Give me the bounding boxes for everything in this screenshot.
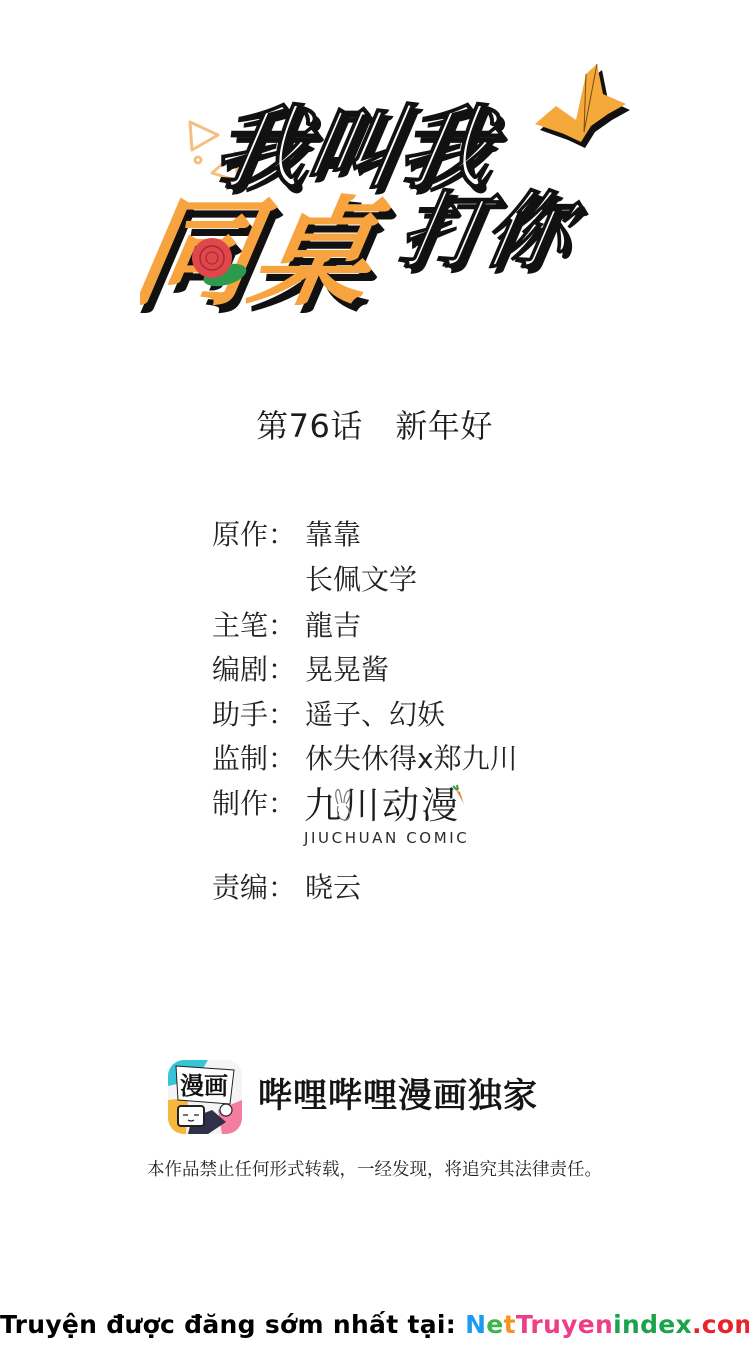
credit-row-production: 制作： (212, 782, 305, 822)
credit-value: 龍吉 (305, 604, 361, 644)
bilibili-comics-app-icon: 漫画 (168, 1060, 242, 1134)
credit-row-editor: 责编： 晓云 (212, 866, 361, 906)
credit-row-original-publisher: 长佩文学 (212, 558, 417, 598)
paper-crane-icon (535, 64, 630, 148)
credit-row-supervisor: 监制： 休失休得x郑九川 (212, 737, 518, 777)
credit-label: 主笔： (212, 604, 305, 644)
credit-value: 晓云 (305, 866, 361, 906)
credit-label: 监制： (212, 737, 305, 777)
carrot-icon (450, 784, 468, 808)
site-watermark: Truyện được đăng sớm nhất tại: NetTruyen… (0, 1308, 749, 1342)
credit-label: 助手： (212, 693, 305, 733)
watermark-prefix: Truyện được đăng sớm nhất tại: (0, 1310, 465, 1339)
studio-name-cn: 九川动漫 (304, 784, 460, 828)
watermark-site-link[interactable]: NetTruyenindex.com (465, 1310, 749, 1339)
logo-line2-orange: 同桌 (140, 186, 395, 323)
credit-row-scriptwriter: 编剧： 晃晃酱 (212, 648, 389, 688)
credit-value: 休失休得x郑九川 (305, 737, 518, 777)
credit-label: 制作： (212, 782, 305, 822)
svg-text:漫画: 漫画 (180, 1071, 228, 1100)
credit-label: 责编： (212, 866, 305, 906)
comic-title-logo: 我叫我 我叫我 同桌 同桌 打你 打你 (140, 40, 640, 330)
bilibili-exclusive-label: 哔哩哔哩漫画独家 (258, 1074, 538, 1118)
logo-line2-white: 打你 (392, 182, 590, 280)
credit-value: 靠靠 (305, 513, 361, 553)
credit-row-original-author: 原作： 靠靠 (212, 513, 361, 553)
copyright-notice: 本作品禁止任何形式转载，一经发现，将追究其法律责任。 (0, 1157, 749, 1183)
credit-value: 长佩文学 (305, 558, 417, 598)
studio-logo: 九川动漫 JIUCHUAN COMIC (304, 784, 496, 850)
credit-label: 原作： (212, 513, 305, 553)
studio-name-en: JIUCHUAN COMIC (304, 829, 469, 847)
rabbit-icon (332, 786, 354, 824)
credit-row-lead-artist: 主笔： 龍吉 (212, 604, 361, 644)
credit-row-assistants: 助手： 遥子、幻妖 (212, 693, 445, 733)
credit-value: 晃晃酱 (305, 648, 389, 688)
chapter-title: 第76话 新年好 (0, 402, 749, 450)
credit-value: 遥子、幻妖 (305, 693, 445, 733)
credit-label: 编剧： (212, 648, 305, 688)
